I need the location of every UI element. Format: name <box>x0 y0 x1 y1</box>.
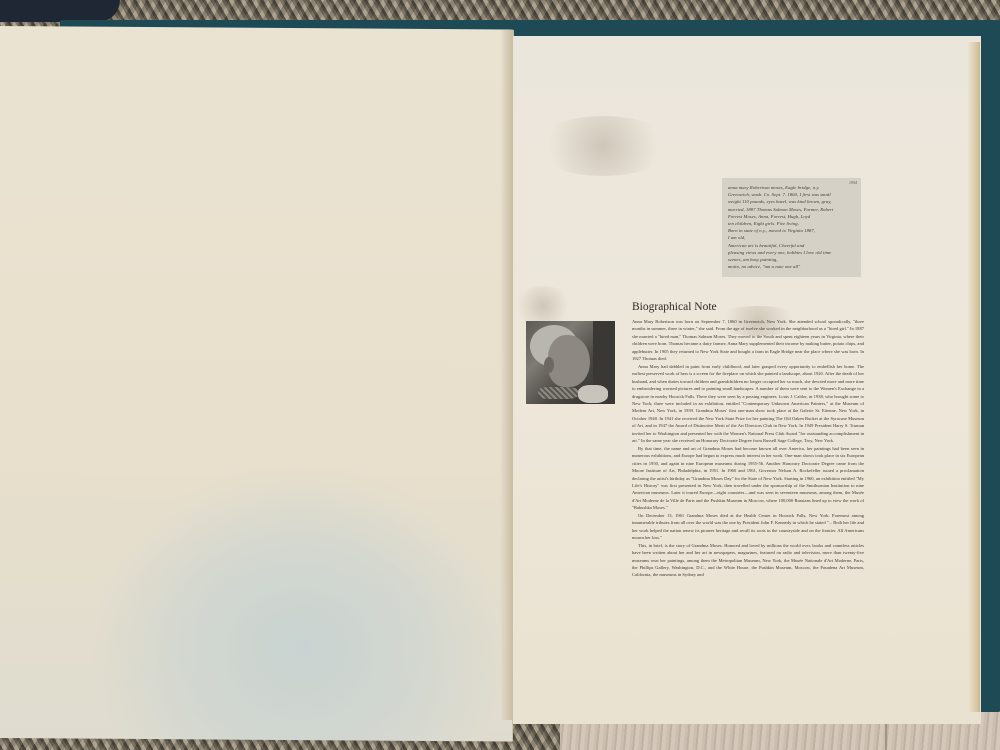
note-line: ten children, Eight girls. Five living, <box>728 220 856 227</box>
biography-title: Biographical Note <box>632 301 717 313</box>
note-page-number: 1954 <box>849 180 857 185</box>
left-page-blank <box>0 26 513 742</box>
page-stain <box>533 116 673 176</box>
note-line: motto, no advice, "am a nate one all" <box>728 263 856 270</box>
photo-lace-collar <box>538 387 578 399</box>
page-stain <box>513 286 573 326</box>
note-line: Forrest Moses, Anna, Forrest, Hugh, Loyd <box>728 213 856 220</box>
dark-fabric-corner <box>0 0 120 22</box>
photo-face <box>548 335 590 387</box>
note-line: pleasing views and every one, hobbies I … <box>728 249 856 256</box>
biography-paragraph: Anna Mary had dabbled in paint from earl… <box>632 363 864 445</box>
biography-text: Anna Mary Robertson was born on Septembe… <box>632 318 864 579</box>
biography-paragraph: Anna Mary Robertson was born on Septembe… <box>632 318 864 363</box>
note-line: anna mary Robertson moses, Eagle bridge,… <box>728 184 856 191</box>
right-page-edge <box>968 42 980 712</box>
portrait-photo <box>526 321 615 404</box>
biography-paragraph: This, in brief, is the story of Grandma … <box>632 542 864 579</box>
biography-paragraph: By that time, the name and art of Grandm… <box>632 445 864 512</box>
biography-paragraph: On December 13, 1961 Grandma Moses died … <box>632 512 864 542</box>
photo-hands <box>578 385 608 403</box>
note-line: Greenwich, wash. Co. Sept. 7. 1860, I fi… <box>728 191 856 198</box>
note-line: married, 1887 Thomas Salmon Moses, Farme… <box>728 206 856 213</box>
note-line: American art is beautiful, Cheerful and <box>728 242 856 249</box>
note-line: scenes, am busy painting, <box>728 256 856 263</box>
note-line: weight 110 pounds, eyes hazel, was kind … <box>728 198 856 205</box>
note-line: Born in state of n.y., moved to Virginia… <box>728 227 856 234</box>
note-line: I am old, <box>728 234 856 241</box>
handwritten-note-facsimile: 1954 anna mary Robertson moses, Eagle br… <box>722 178 861 277</box>
photo-ear <box>544 357 554 373</box>
